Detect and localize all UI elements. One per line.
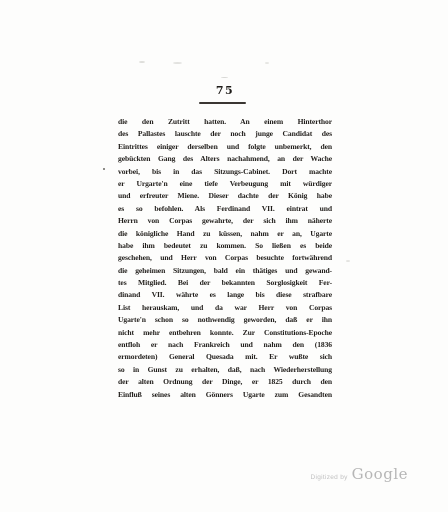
text-line: und erfreuter Miene. Dieser dachte der K… xyxy=(118,190,332,202)
scan-smudge xyxy=(265,62,269,64)
text-line: habe ihm bedeutet zu kommen. So ließen e… xyxy=(118,240,332,252)
text-line: der alten Ordnung der Dinge, er 1825 dur… xyxy=(118,376,332,388)
scan-smudge xyxy=(173,62,182,64)
watermark-prefix-label: Digitized by xyxy=(310,474,347,481)
google-logo: Google xyxy=(352,465,408,483)
text-line: vorbei, bis in das Sitzungs-Cabinet. Dor… xyxy=(118,166,332,178)
text-line: tes Mitglied. Bei der bekannten Sorglosi… xyxy=(118,277,332,289)
header-rule xyxy=(199,102,246,104)
body-text-block: die den Zutritt hatten. An einem Hintert… xyxy=(118,116,332,401)
text-line: so in Gunst zu erhalten, daß, nach Wiede… xyxy=(118,364,332,376)
watermark: Digitized by Google xyxy=(310,465,408,483)
text-line: er Urgarte'n eine tiefe Verbeugung mit w… xyxy=(118,178,332,190)
text-line: Einfluß seines alten Gönners Ugarte zum … xyxy=(118,389,332,401)
scan-smudge xyxy=(221,77,228,78)
scan-speck xyxy=(103,168,105,170)
text-line: die geheimen Sitzungen, bald ein thätige… xyxy=(118,265,332,277)
text-line: es so befohlen. Als Ferdinand VII. eintr… xyxy=(118,203,332,215)
text-line: nicht mehr entbehren konnte. Zur Constit… xyxy=(118,327,332,339)
text-line: geschehen, und Herr von Corpas besuchte … xyxy=(118,252,332,264)
text-line: die den Zutritt hatten. An einem Hintert… xyxy=(118,116,332,128)
text-line: Eintrittes einiger derselben und folgte … xyxy=(118,141,332,153)
scanned-book-page: 75 die den Zutritt hatten. An einem Hint… xyxy=(0,0,448,512)
text-line: die königliche Hand zu küssen, nahm er a… xyxy=(118,228,332,240)
scan-speck xyxy=(346,260,350,262)
text-line: entfloh er nach Frankreich und nahm den … xyxy=(118,339,332,351)
scan-smudge xyxy=(139,61,145,63)
text-line: gebückten Gang des Alters nachahmend, an… xyxy=(118,153,332,165)
page-header: 75 xyxy=(118,81,332,104)
text-line: des Pallastes lauschte der noch junge Ca… xyxy=(118,128,332,140)
text-line: List herauskam, und da war Herr von Corp… xyxy=(118,302,332,314)
page-number: 75 xyxy=(216,84,234,97)
text-line: dinand VII. währte es lange bis diese st… xyxy=(118,289,332,301)
text-line: ermordeten) General Quesada mit. Er wußt… xyxy=(118,351,332,363)
text-line: Ugarte'n schon so nothwendig geworden, d… xyxy=(118,314,332,326)
text-line: Herrn von Corpas gewahrte, der sich ihm … xyxy=(118,215,332,227)
